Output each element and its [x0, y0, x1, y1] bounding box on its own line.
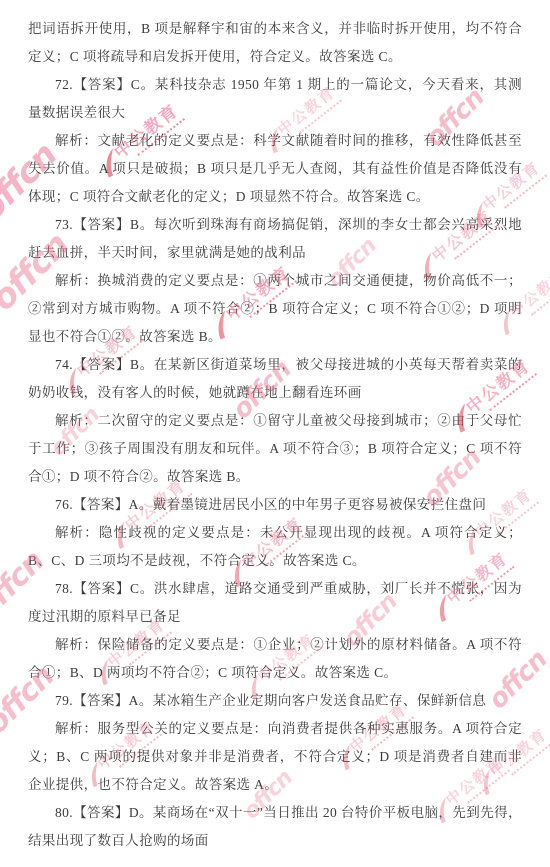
paragraph: 79.【答案】A。某冰箱生产企业定期向客户发送食品贮存、保鲜新信息 — [28, 687, 522, 715]
document-page: offcn中公教育中公教育offcn中公教育offcn中公教育中公教育offcn… — [0, 0, 550, 867]
paragraph: 解析：文献老化的定义要点是：科学文献随着时间的推移，有效性降低甚至失去价值。A … — [28, 127, 522, 211]
paragraph: 74.【答案】B。在某新区街道菜场里，被父母接进城的小英每天帮着卖菜的奶奶收钱，… — [28, 351, 522, 407]
paragraph: 73.【答案】B。每次听到珠海有商场搞促销，深圳的李女士都会兴高采烈地赶去血拼，… — [28, 211, 522, 267]
paragraph: 76.【答案】A。戴着墨镜进居民小区的中年男子更容易被保安拦住盘问 — [28, 491, 522, 519]
paragraph: 解析：换城消费的定义要点是：①两个城市之间交通便捷，物价高低不一；②常到对方城市… — [28, 267, 522, 351]
paragraph: 解析：保险储备的定义要点是：①企业；②计划外的原材料储备。A 项不符合①；B、D… — [28, 631, 522, 687]
paragraph: 解析：二次留守的定义要点是：①留守儿童被父母接到城市；②由于父母忙于工作；③孩子… — [28, 407, 522, 491]
paragraph: 80.【答案】D。某商场在“双十一”当日推出 20 台特价平板电脑，先到先得，结… — [28, 799, 522, 855]
paragraph: 78.【答案】C。洪水肆虐，道路交通受到严重威胁，刘厂长并不慌张，因为度过汛期的… — [28, 575, 522, 631]
paragraph: 把词语拆开使用，B 项是解释宇和宙的本来含义，并非临时拆开使用，均不符合定义；C… — [28, 15, 522, 71]
paragraph: 解析：服务型公关的定义要点是：向消费者提供各种实惠服务。A 项符合定义；B、C … — [28, 715, 522, 799]
answer-explanations: 把词语拆开使用，B 项是解释宇和宙的本来含义，并非临时拆开使用，均不符合定义；C… — [0, 0, 550, 855]
paragraph: 72.【答案】C。某科技杂志 1950 年第 1 期上的一篇论文，今天看来，其测… — [28, 71, 522, 127]
paragraph: 解析：隐性歧视的定义要点是：未公开显现出现的歧视。A 项符合定义；B、C、D 三… — [28, 519, 522, 575]
